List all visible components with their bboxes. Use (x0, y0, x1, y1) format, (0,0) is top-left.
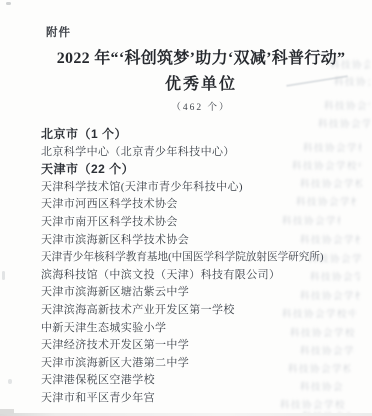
bleed-line: 科技协会学校中学市区少年科学技术普行动 (300, 343, 354, 355)
bleed-line: 科技协会学校中学市区少年科学技术普行动 (296, 194, 356, 206)
bleed-line: 科技协会学校中学市区少年科学技术普行动 (330, 57, 370, 69)
bleed-line: 科技协会学校中学市区少年科学技术普行动 (300, 288, 360, 300)
bleed-line: 科技协会学校中学市区少年科学技术普行动 (300, 379, 344, 391)
bleed-line: 科技协会学校中学市区少年科学技术普行动 (300, 176, 362, 188)
document-title: 2022 年“‘科创筑梦’助力‘双减’科普行动” 优秀单位 (38, 46, 364, 98)
bleed-line: 科技协会学校中学市区少年科学技术普行动 (292, 158, 362, 170)
bleed-line: 科技协会学校中学市区少年科学技术普行动 (282, 213, 340, 225)
bleed-line: 科技协会学校中学市区少年科学技术普行动 (280, 397, 346, 409)
document-title-line1: 2022 年“‘科创筑梦’助力‘双减’科普行动” (38, 46, 364, 72)
bleed-line: 科技协会学校中学市区少年科学技术普行动 (303, 140, 361, 152)
scan-speck-artifact (8, 379, 12, 384)
bleed-line: 科技协会学校中学市区少年科学技术普行动 (282, 306, 356, 318)
bleed-line: 科技协会学校中学市区少年科学技术普行动 (288, 361, 350, 373)
scan-speck-artifact (6, 2, 11, 5)
document-page: 附件 2022 年“‘科创筑梦’助力‘双减’科普行动” 优秀单位 （462 个）… (0, 0, 372, 416)
bleed-line: 科技协会学校中学市区少年科学技术普行动 (300, 232, 360, 244)
bleed-line: 科技协会学校中学市区少年科学技术普行动 (290, 325, 356, 337)
scan-edge-shadow (0, 409, 14, 414)
document-title-line2: 优秀单位 (38, 72, 364, 98)
bleed-line: 科技协会学校中学市区少年科学技术普行动 (318, 116, 370, 128)
attachment-label: 附件 (46, 24, 71, 40)
bleed-line: 科技协会学校中学市区少年科学技术普行动 (310, 269, 360, 281)
bleed-line: 科技协会学校中学市区少年科学技术普行动 (308, 251, 363, 263)
bleed-line: 科技协会学校中学市区少年科学技术普行动 (324, 98, 370, 110)
total-count-label: （462 个） (38, 99, 364, 113)
scan-speck-artifact (2, 271, 5, 280)
